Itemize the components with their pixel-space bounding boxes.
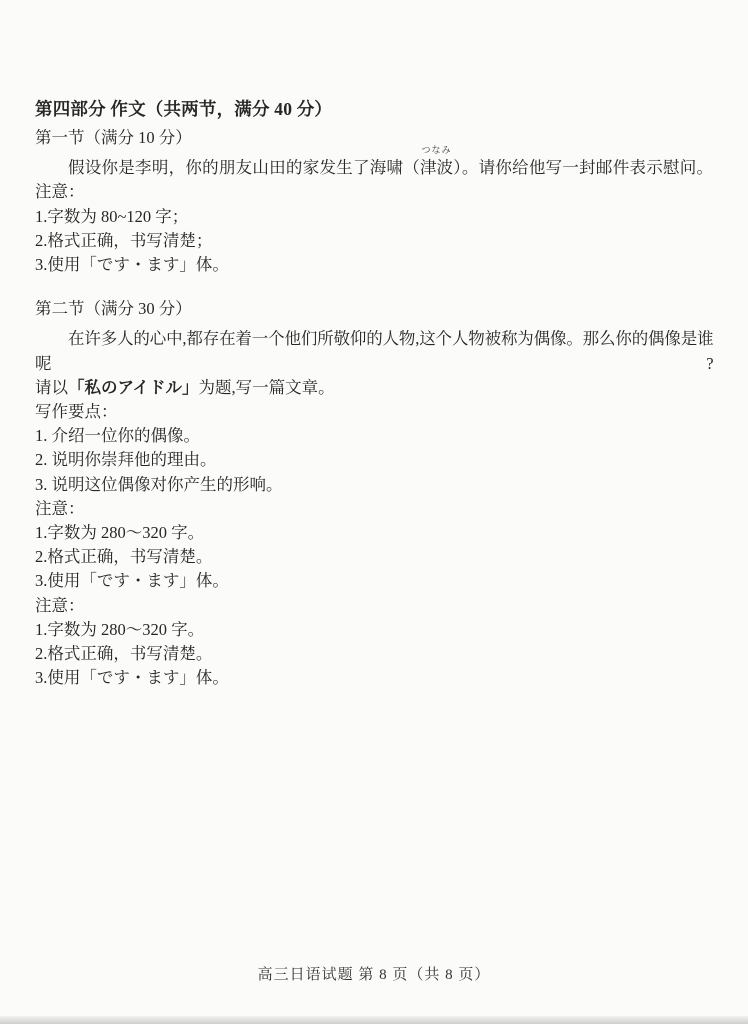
section2-note2-item: 2.格式正确，书写清楚。 — [35, 642, 713, 666]
exam-content: 第四部分 作文（共两节，满分 40 分） 第一节（满分 10 分） 假设你是李明… — [35, 98, 713, 690]
section2-note-item: 1.字数为 280～320 字。 — [35, 521, 713, 545]
section1-prompt: 假设你是李明，你的朋友山田的家发生了海啸（つなみ津波）。请你给他写一封邮件表示慰… — [35, 156, 713, 180]
section1-prompt-after: ）。请你给他写一封邮件表示慰问。 — [453, 158, 713, 177]
section2-topic-title: 「私のアイドル」 — [68, 378, 199, 397]
section2-point-item: 1. 介绍一位你的偶像。 — [35, 424, 713, 448]
section2-point-item: 2. 说明你崇拜他的理由。 — [35, 448, 713, 472]
section2-notes-label: 注意： — [35, 497, 713, 521]
section2-points-label: 写作要点： — [35, 400, 713, 424]
section2-note-item: 2.格式正确，书写清楚。 — [35, 545, 713, 569]
section2-point-item: 3. 说明这位偶像对你产生的形响。 — [35, 473, 713, 497]
section2-intro: 在许多人的心中,都存在着一个他们所敬仰的人物,这个人物被称为偶像。那么你的偶像是… — [35, 327, 713, 375]
section1-note-item: 2.格式正确，书写清楚； — [35, 229, 713, 253]
section2-note2-item: 3.使用「です・ます」体。 — [35, 666, 713, 690]
scan-edge-artifact — [0, 1016, 748, 1024]
section2-topic-after: 为题,写一篇文章。 — [199, 378, 335, 397]
section2-topic: 请以「私のアイドル」为题,写一篇文章。 — [35, 376, 713, 400]
section1-prompt-before: 假设你是李明，你的朋友山田的家发生了海啸（ — [68, 158, 420, 177]
section1-notes-label: 注意： — [35, 180, 713, 204]
page-footer: 高三日语试题 第 8 页（共 8 页） — [0, 963, 748, 984]
section2-title: 第二节（满分 30 分） — [35, 297, 713, 321]
section1-title: 第一节（满分 10 分） — [35, 126, 713, 150]
section1-note-item: 1.字数为 80~120 字； — [35, 205, 713, 229]
tsunami-ruby: つなみ津波 — [420, 156, 453, 180]
section2-note2-item: 1.字数为 280～320 字。 — [35, 618, 713, 642]
tsunami-kanji: 津波 — [420, 158, 453, 177]
tsunami-furigana: つなみ — [422, 146, 452, 155]
section2-notes2-label: 注意： — [35, 594, 713, 618]
exam-page: 第四部分 作文（共两节，满分 40 分） 第一节（满分 10 分） 假设你是李明… — [0, 0, 748, 1024]
section2-topic-before: 请以 — [35, 378, 68, 397]
section1-note-item: 3.使用「です・ます」体。 — [35, 253, 713, 277]
section2-note-item: 3.使用「です・ます」体。 — [35, 569, 713, 593]
part4-heading: 第四部分 作文（共两节，满分 40 分） — [35, 98, 713, 120]
